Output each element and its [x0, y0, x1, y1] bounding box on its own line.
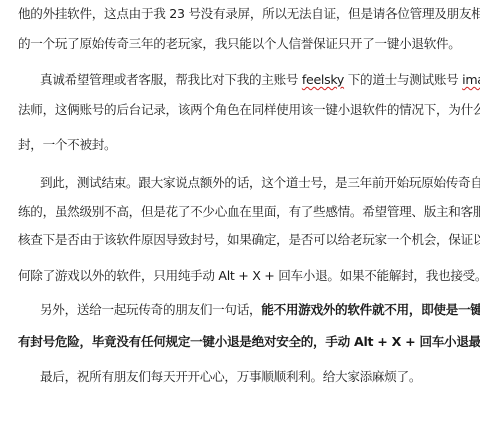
text-line: 最后，祝所有朋友们每天开开心心，万事顺顺利利。给大家添麻烦了。: [40, 369, 464, 385]
text-line: 另外，送给一起玩传奇的朋友们一句话，能不用游戏外的软件就不用，即使是一键小退也: [40, 302, 464, 318]
text-line: 有封号危险，毕竟没有任何规定一键小退是绝对安全的，手动 Alt + X + 回车…: [18, 334, 464, 350]
text-segment: 另外，送给一起玩传奇的朋友们一句话，: [40, 302, 261, 317]
bold-text-segment: 能不用游戏外的软件就不用，即使是一键小退也: [261, 302, 480, 317]
text-line: 何除了游戏以外的软件，只用纯手动 Alt + X + 回车小退。如果不能解封，我…: [18, 268, 464, 284]
text-line: 真诚希望管理或者客服，帮我比对下我的主账号 feelsky 下的道士与测试账号 …: [40, 72, 464, 88]
text-line: 封，一个不被封。: [18, 137, 464, 153]
text-segment: 下的道士与测试账号: [344, 72, 462, 87]
text-line: 到此，测试结束。跟大家说点额外的话，这个道士号，是三年前开始玩原始传奇自己亲手: [40, 175, 464, 191]
text-line: 他的外挂软件，这点由于我 23 号没有录屏，所以无法自证，但是请各位管理及朋友相…: [18, 6, 464, 22]
misspelled-word[interactable]: feelsky: [302, 72, 344, 87]
text-line: 法师，这俩账号的后台记录，该两个角色在同样使用该一键小退软件的情况下，为什么一个…: [18, 102, 464, 118]
text-line: 的一个玩了原始传奇三年的老玩家，我只能以个人信誉保证只开了一键小退软件。: [18, 36, 464, 52]
text-segment: 真诚希望管理或者客服，帮我比对下我的主账号: [40, 72, 302, 87]
text-line: 练的，虽然级别不高，但是花了不少心血在里面，有了些感情。希望管理、版主和客服帮我…: [18, 204, 464, 220]
misspelled-word[interactable]: imagic: [462, 72, 480, 87]
text-line: 核查下是否由于该软件原因导致封号，如果确定，是否可以给老玩家一个机会，保证以后不…: [18, 232, 464, 248]
